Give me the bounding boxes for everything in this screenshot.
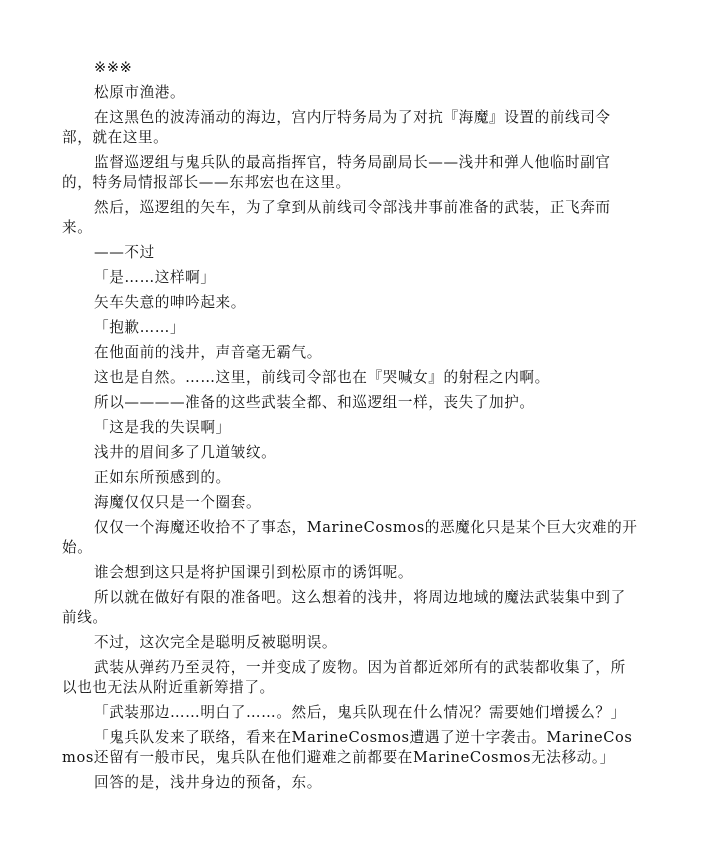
paragraph: 不过，这次完全是聪明反被聪明误。 [62, 633, 638, 653]
paragraph: 松原市渔港。 [62, 83, 638, 103]
paragraph: 浅井的眉间多了几道皱纹。 [62, 443, 638, 463]
dialogue: 「鬼兵队发来了联络，看来在MarineCosmos遭遇了逆十字袭击。Marine… [62, 728, 638, 768]
paragraph: 海魔仅仅只是一个圈套。 [62, 493, 638, 513]
paragraph: 然后，巡逻组的矢车，为了拿到从前线司令部浅井事前准备的武装，正飞奔而来。 [62, 198, 638, 238]
paragraph: 所以就在做好有限的准备吧。这么想着的浅井，将周边地域的魔法武装集中到了前线。 [62, 588, 638, 628]
paragraph: 监督巡逻组与鬼兵队的最高指挥官，特务局副局长——浅井和弹人他临时副官的，特务局情… [62, 153, 638, 193]
dialogue: 「这是我的失误啊」 [62, 418, 638, 438]
paragraph: 这也是自然。……这里，前线司令部也在『哭喊女』的射程之内啊。 [62, 368, 638, 388]
dialogue: 「武装那边……明白了……。然后，鬼兵队现在什么情况？需要她们增援么？」 [62, 703, 638, 723]
scene-break: ※※※ [62, 58, 638, 78]
paragraph: 在他面前的浅井，声音毫无霸气。 [62, 343, 638, 363]
paragraph: ——不过 [62, 243, 638, 263]
paragraph: 在这黑色的波涛涌动的海边，宫内厅特务局为了对抗『海魔』设置的前线司令部，就在这里… [62, 108, 638, 148]
dialogue: 「抱歉……」 [62, 318, 638, 338]
paragraph: 矢车失意的呻吟起来。 [62, 293, 638, 313]
paragraph: 回答的是，浅井身边的预备，东。 [62, 773, 638, 793]
paragraph: 武装从弹药乃至灵符，一并变成了废物。因为首都近郊所有的武装都收集了，所以也也无法… [62, 658, 638, 698]
paragraph: 谁会想到这只是将护国课引到松原市的诱饵呢。 [62, 563, 638, 583]
dialogue: 「是……这样啊」 [62, 268, 638, 288]
paragraph: 所以————准备的这些武装全都、和巡逻组一样，丧失了加护。 [62, 393, 638, 413]
document-page: ※※※ 松原市渔港。 在这黑色的波涛涌动的海边，宫内厅特务局为了对抗『海魔』设置… [62, 58, 638, 798]
paragraph: 仅仅一个海魔还收拾不了事态，MarineCosmos的恶魔化只是某个巨大灾难的开… [62, 518, 638, 558]
paragraph: 正如东所预感到的。 [62, 468, 638, 488]
